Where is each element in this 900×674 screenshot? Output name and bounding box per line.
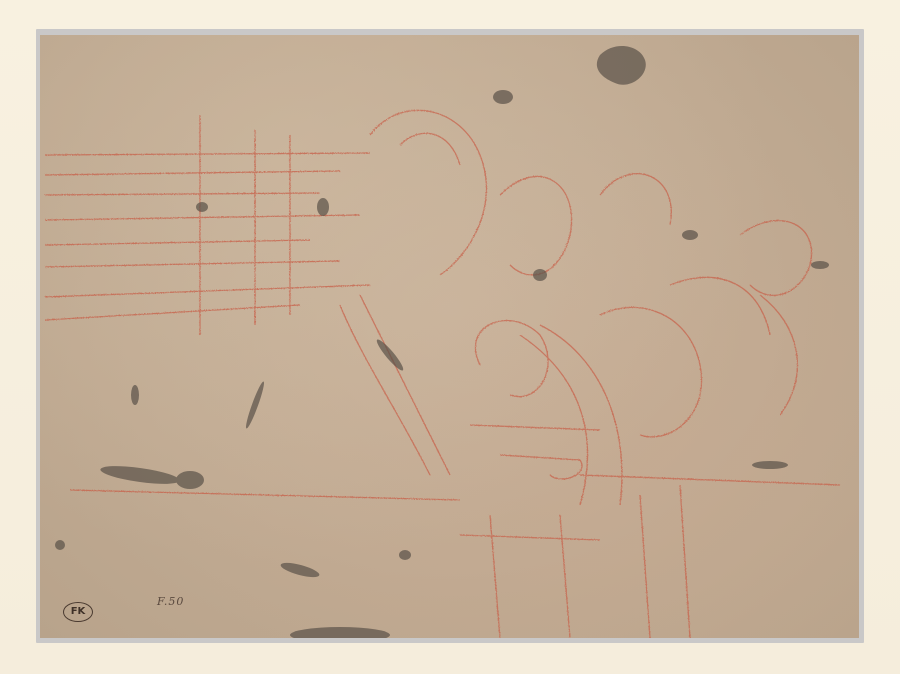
collector-stamp: FK — [63, 602, 93, 622]
figure-sketches — [340, 110, 840, 638]
inscription: F.50 — [157, 595, 184, 608]
architectural-lines — [45, 115, 460, 500]
stains — [55, 46, 829, 638]
drawing-sheet: FK F.50 — [40, 35, 859, 638]
chalk-drawing — [40, 35, 859, 638]
